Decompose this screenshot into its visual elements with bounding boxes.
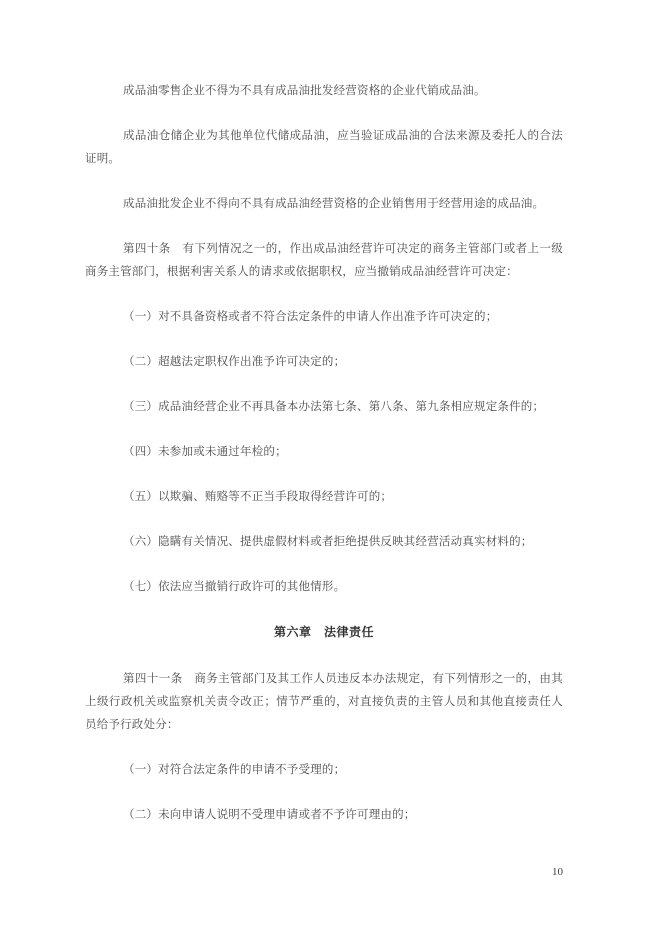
doc-paragraph: 成品油零售企业不得为不具有成品油批发经营资格的企业代销成品油。: [85, 80, 563, 103]
doc-list-item: （一）对符合法定条件的申请不予受理的；: [85, 759, 563, 782]
page-number: 10: [85, 866, 563, 879]
doc-paragraph-article-41: 第四十一条 商务主管部门及其工作人员违反本办法规定，有下列情形之一的，由其上级行…: [85, 668, 563, 737]
doc-paragraph: 成品油仓储企业为其他单位代储成品油，应当验证成品油的合法来源及委托人的合法证明。: [85, 125, 563, 171]
doc-list-item: （三）成品油经营企业不再具备本办法第七条、第八条、第九条相应规定条件的；: [85, 396, 563, 419]
doc-list-item: （六）隐瞒有关情况、提供虚假材料或者拒绝提供反映其经营活动真实材料的；: [85, 531, 563, 554]
doc-list-item: （七）依法应当撤销行政许可的其他情形。: [85, 576, 563, 599]
doc-list-item: （五）以欺骗、贿赂等不正当手段取得经营许可的；: [85, 486, 563, 509]
doc-list-item: （一）对不具备资格或者不符合法定条件的申请人作出准予许可决定的；: [85, 306, 563, 329]
chapter-heading: 第六章 法律责任: [85, 621, 563, 644]
doc-paragraph-article-40: 第四十条 有下列情况之一的，作出成品油经营许可决定的商务主管部门或者上一级商务主…: [85, 238, 563, 284]
doc-paragraph: 成品油批发企业不得向不具有成品油经营资格的企业销售用于经营用途的成品油。: [85, 193, 563, 216]
doc-list-item: （四）未参加或未通过年检的；: [85, 441, 563, 464]
document-page: 成品油零售企业不得为不具有成品油批发经营资格的企业代销成品油。 成品油仓储企业为…: [0, 0, 661, 935]
doc-list-item: （二）未向申请人说明不受理申请或者不予许可理由的；: [85, 804, 563, 827]
document-body: 成品油零售企业不得为不具有成品油批发经营资格的企业代销成品油。 成品油仓储企业为…: [85, 80, 563, 849]
doc-list-item: （二）超越法定职权作出准予许可决定的；: [85, 351, 563, 374]
